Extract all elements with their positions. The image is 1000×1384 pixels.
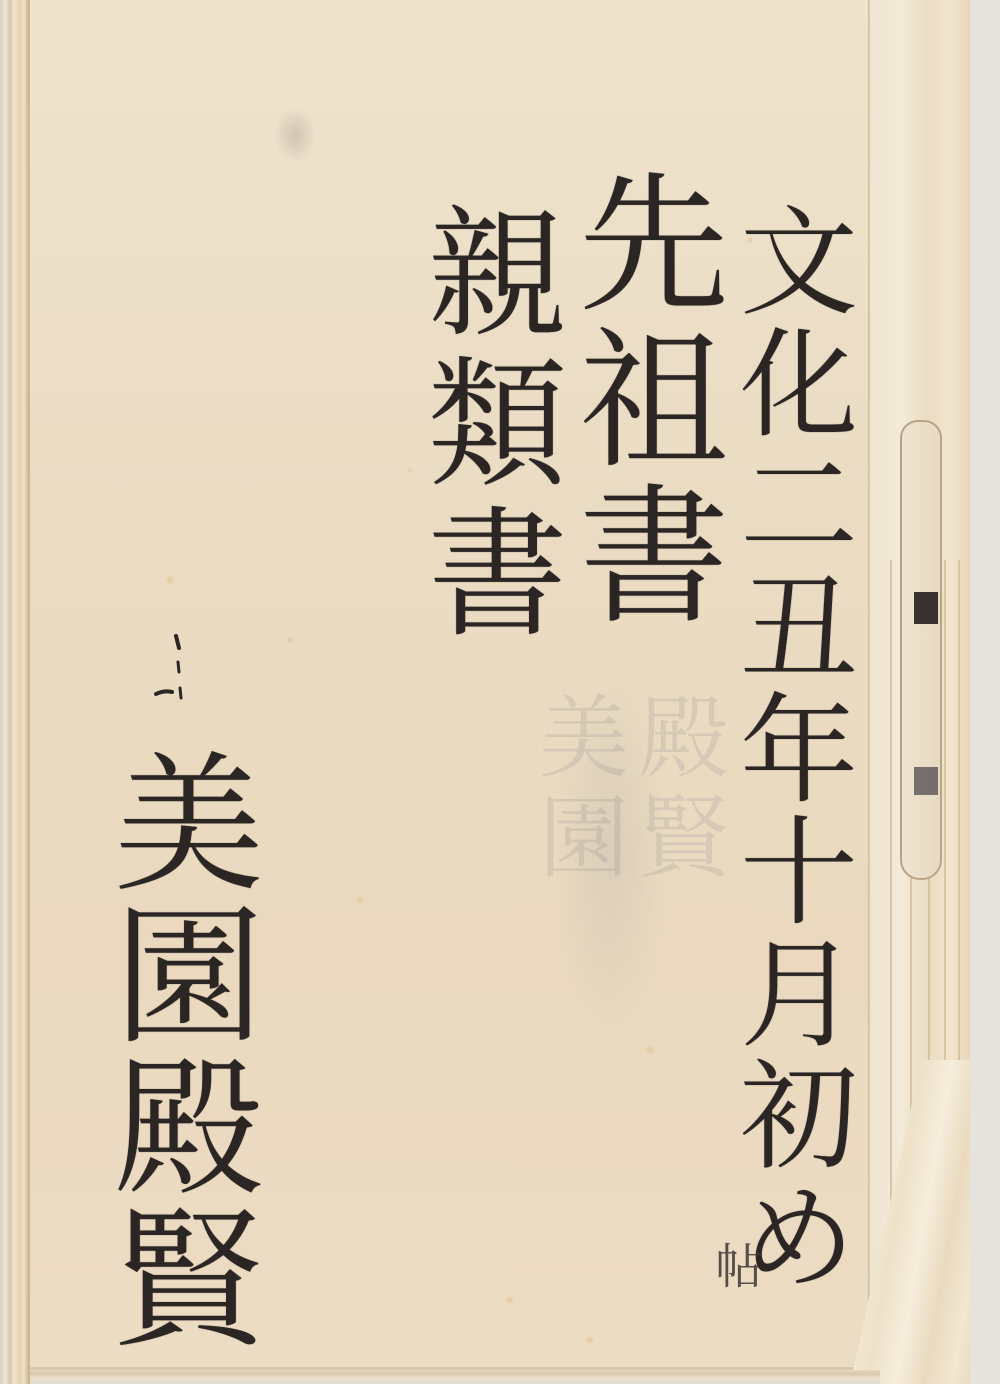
- ink-mark-icon: [914, 767, 938, 795]
- document-photo: 美園 殿賢 文化二丑年十月初め 先祖書 親類書 美園殿賢 帖: [0, 0, 1000, 1384]
- background-surface: [970, 0, 1000, 1384]
- ink-mark-icon: [914, 592, 938, 624]
- stacked-page-edges-left: [0, 0, 32, 1384]
- date-inscription: 文化二丑年十月初め: [730, 200, 848, 1298]
- signature-mark-icon: [150, 632, 190, 712]
- page-annotation: 帖: [715, 1228, 763, 1297]
- signature: 美園殿賢: [100, 745, 250, 1353]
- stacked-page-edges-bottom: [30, 1370, 880, 1384]
- title-ancestry-record: 先祖書: [565, 165, 715, 633]
- paper-tab-slip: [900, 420, 942, 880]
- title-relatives-record: 親類書: [415, 200, 555, 650]
